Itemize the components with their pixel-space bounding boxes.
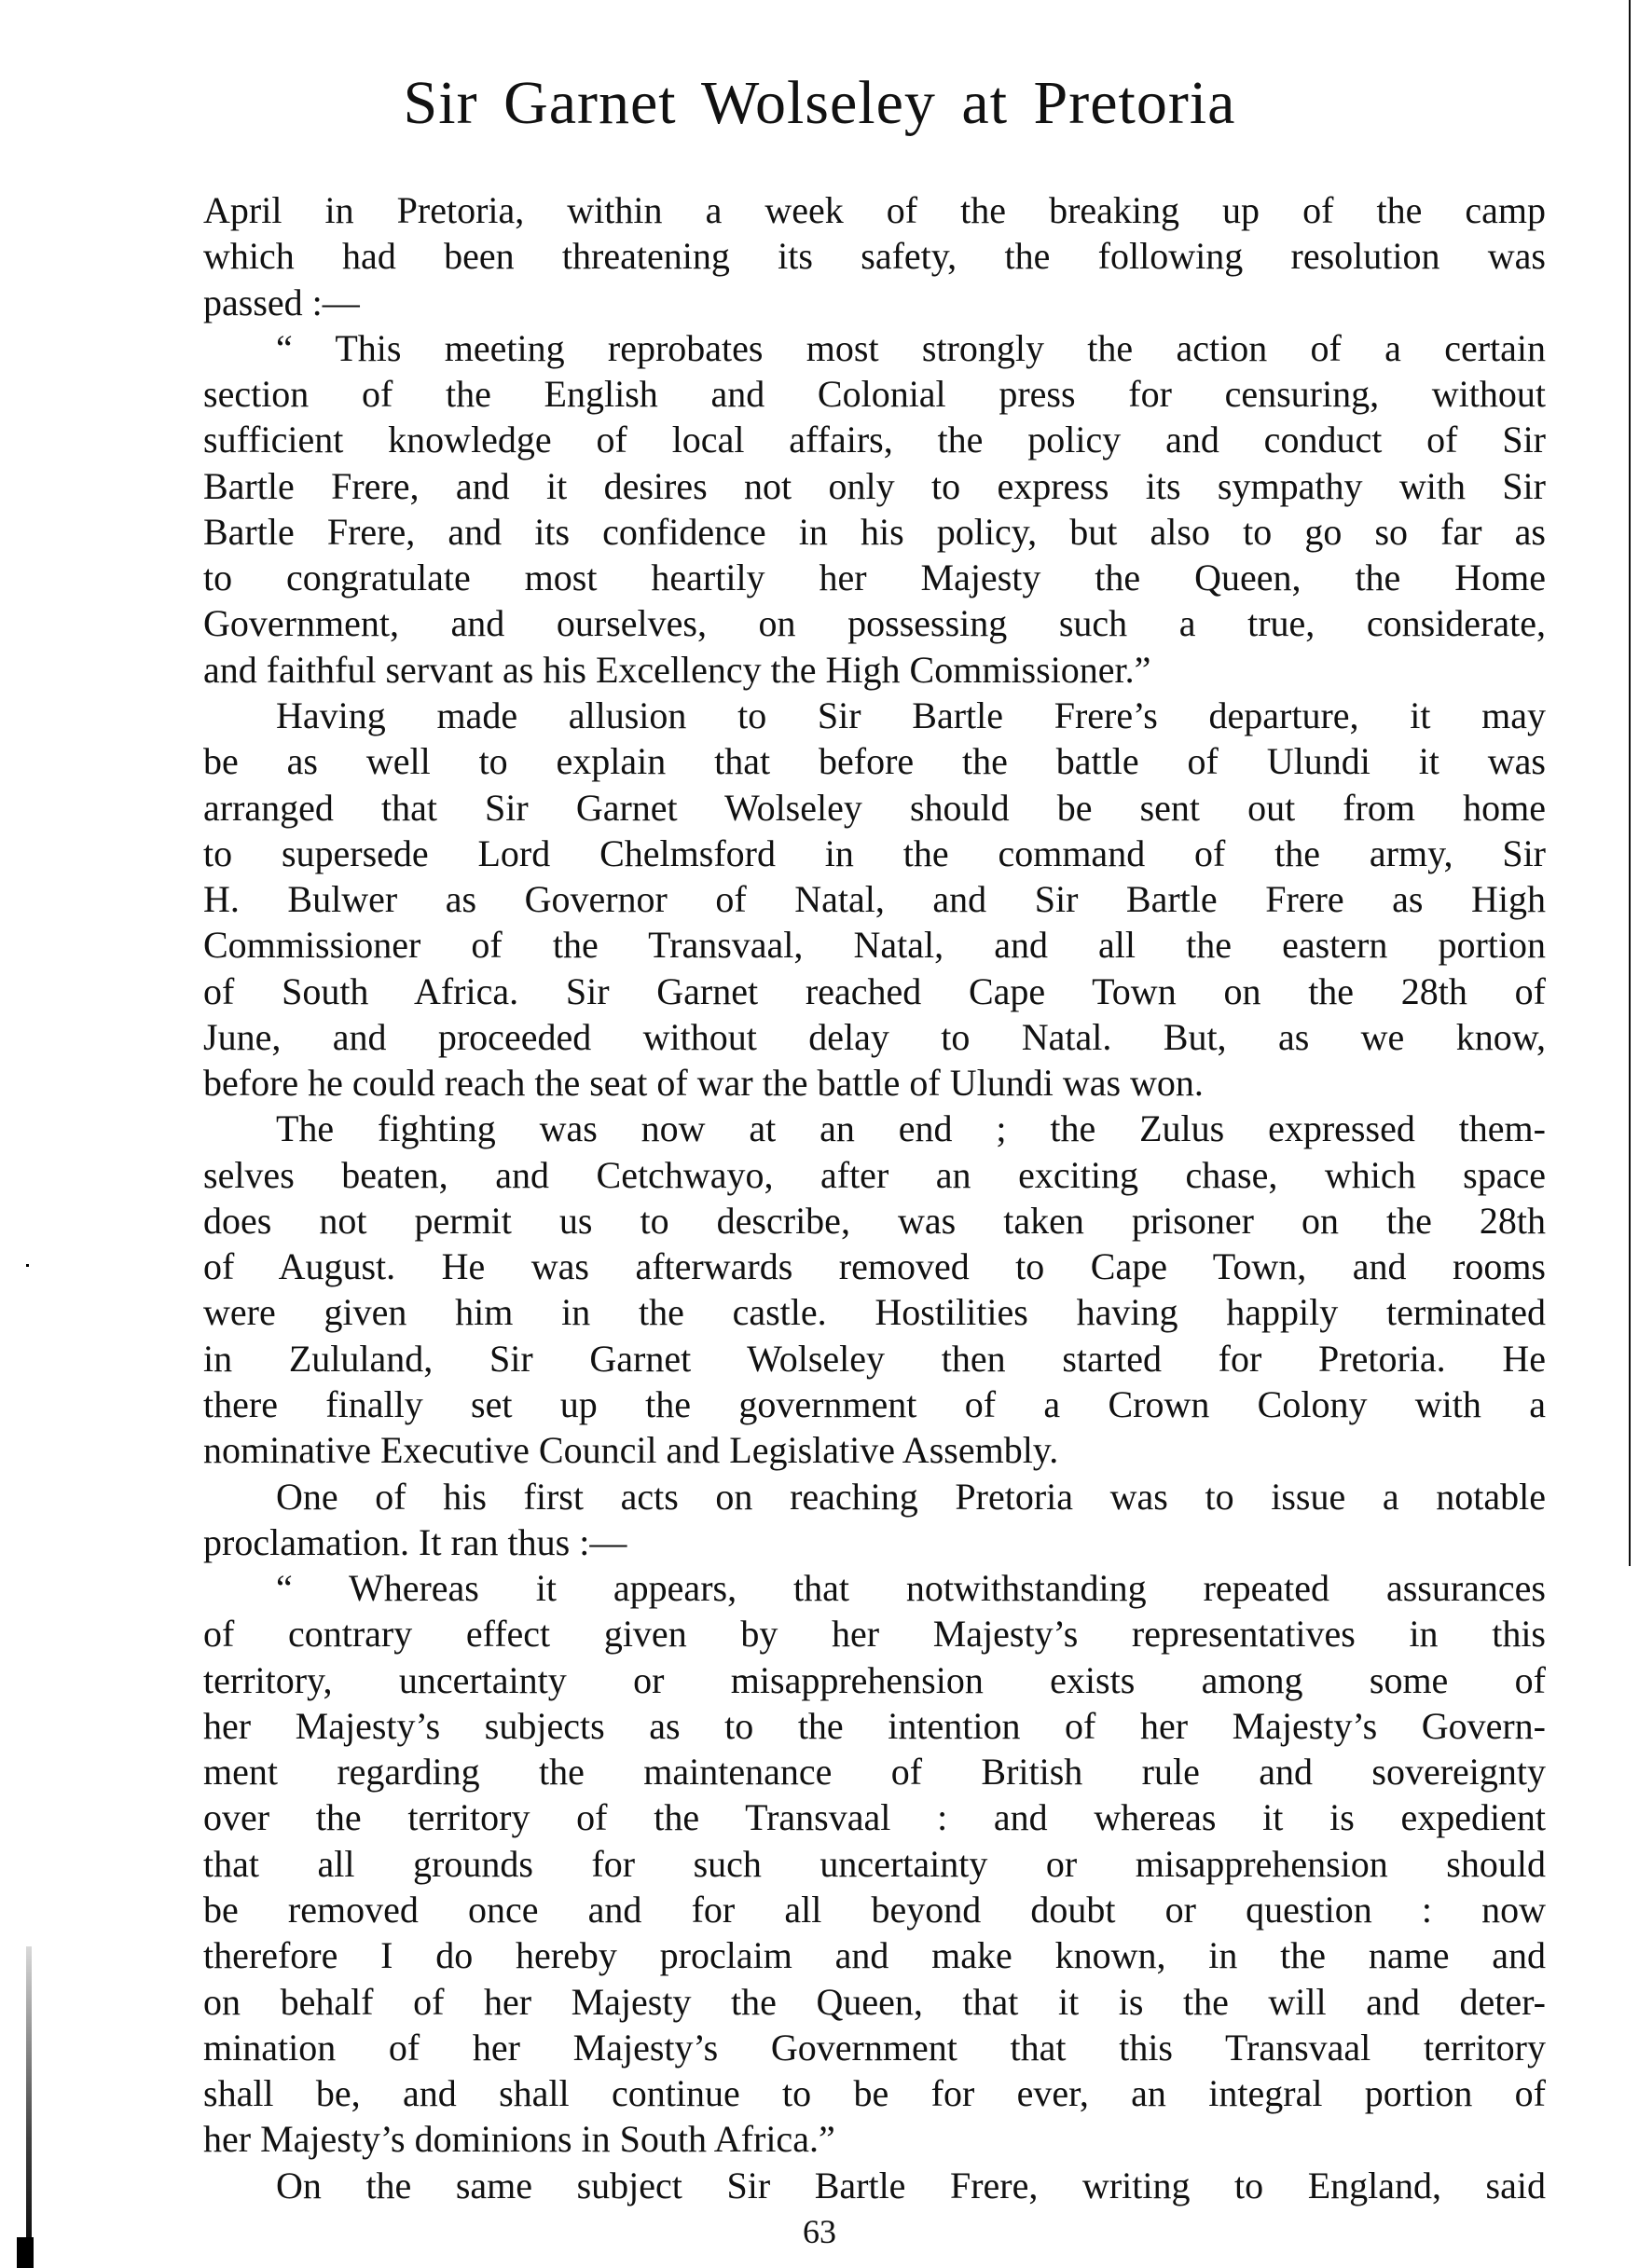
scan-speck [26,1264,29,1267]
text-line: before he could reach the seat of war th… [203,1060,1546,1107]
page-title: Sir Garnet Wolseley at Pretoria [0,62,1639,145]
text-line: of August. He was afterwards removed to … [203,1244,1546,1290]
text-line: Having made allusion to Sir Bartle Frere… [276,693,1546,739]
text-line: Bartle Frere, and it desires not only to… [203,463,1546,510]
book-page: Sir Garnet Wolseley at Pretoria April in… [0,0,1639,2268]
text-line: passed :— [203,280,1546,326]
text-line: which had been threatening its safety, t… [203,233,1546,280]
text-line: in Zululand, Sir Garnet Wolseley then st… [203,1336,1546,1382]
page-edge-line [1629,0,1631,1566]
page-number: 63 [0,2211,1639,2252]
text-line: ment regarding the maintenance of Britis… [203,1749,1546,1795]
text-line: shall be, and shall continue to be for e… [203,2070,1546,2117]
text-line: “ This meeting reprobates most strongly … [276,325,1546,372]
text-line: Bartle Frere, and its confidence in his … [203,509,1546,556]
text-line: Commissioner of the Transvaal, Natal, an… [203,922,1546,969]
text-line: The fighting was now at an end ; the Zul… [276,1106,1546,1152]
text-line: nominative Executive Council and Legisla… [203,1427,1546,1474]
text-line: mination of her Majesty’s Government tha… [203,2025,1546,2071]
text-line: therefore I do hereby proclaim and make … [203,1932,1546,1979]
text-line: that all grounds for such uncertainty or… [203,1841,1546,1888]
text-line: On the same subject Sir Bartle Frere, wr… [276,2163,1546,2209]
text-line: over the territory of the Transvaal : an… [203,1794,1546,1841]
text-line: does not permit us to describe, was take… [203,1198,1546,1244]
text-line: arranged that Sir Garnet Wolseley should… [203,785,1546,832]
text-line: April in Pretoria, within a week of the … [203,187,1546,234]
text-line: were given him in the castle. Hostilitie… [203,1289,1546,1336]
text-line: territory, uncertainty or misapprehensio… [203,1657,1546,1704]
text-line: on behalf of her Majesty the Queen, that… [203,1979,1546,2026]
text-line: Government, and ourselves, on possessing… [203,600,1546,647]
text-line: of South Africa. Sir Garnet reached Cape… [203,969,1546,1015]
text-line: section of the English and Colonial pres… [203,371,1546,418]
text-line: sufficient knowledge of local affairs, t… [203,417,1546,463]
text-line: of contrary effect given by her Majesty’… [203,1611,1546,1657]
text-line: One of his first acts on reaching Pretor… [276,1474,1546,1520]
text-line: H. Bulwer as Governor of Natal, and Sir … [203,876,1546,923]
text-line: selves beaten, and Cetchwayo, after an e… [203,1152,1546,1199]
text-line: there finally set up the government of a… [203,1381,1546,1428]
text-line: June, and proceeded without delay to Nat… [203,1014,1546,1061]
text-line: be as well to explain that before the ba… [203,738,1546,785]
text-line: be removed once and for all beyond doubt… [203,1887,1546,1933]
text-line: her Majesty’s dominions in South Africa.… [203,2116,1546,2163]
text-line: and faithful servant as his Excellency t… [203,647,1546,694]
text-line: “ Whereas it appears, that notwithstandi… [276,1565,1546,1612]
text-line: proclamation. It ran thus :— [203,1519,1546,1566]
text-line: her Majesty’s subjects as to the intenti… [203,1703,1546,1750]
text-line: to congratulate most heartily her Majest… [203,555,1546,601]
text-line: to supersede Lord Chelmsford in the comm… [203,831,1546,877]
